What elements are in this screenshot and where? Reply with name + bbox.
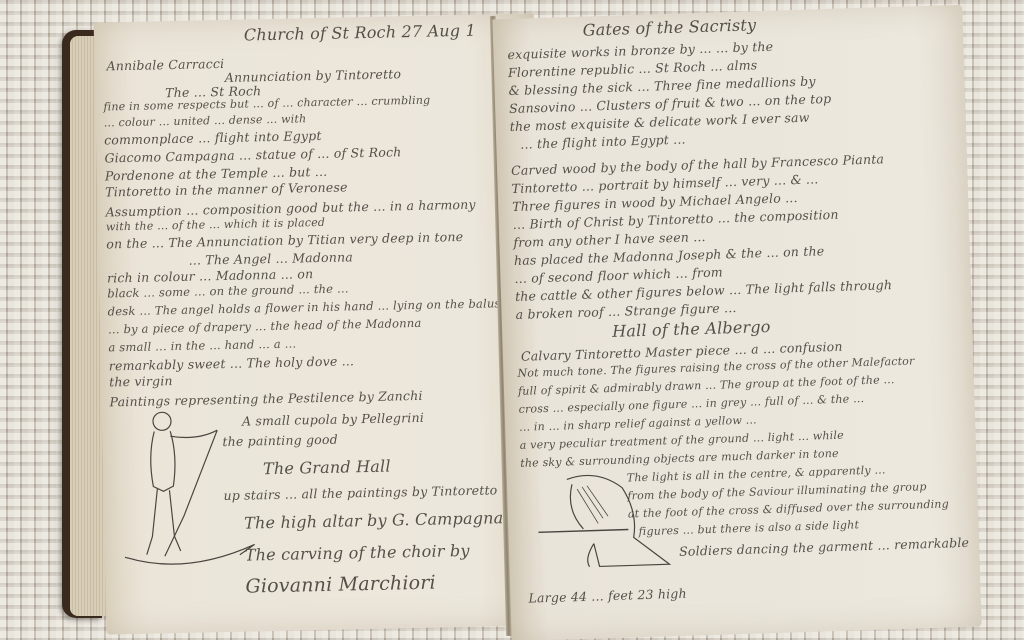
handwritten-line: Giovanni Marchiori	[245, 572, 436, 598]
gondolier-sketch	[122, 404, 276, 577]
handwritten-line: a small ... in the ... hand ... a ...	[108, 337, 296, 355]
handwritten-line: ... the flight into Egypt ...	[520, 132, 686, 152]
left-page: Church of St Roch 27 Aug 1 Annibale Carr…	[94, 13, 547, 634]
handwritten-line: the virgin	[109, 373, 173, 389]
handwritten-line: Carved wood by the body of the hall by F…	[511, 151, 884, 178]
handwritten-line: Annunciation by Tintoretto	[225, 66, 402, 85]
handwritten-line: Hall of the Albergo	[612, 317, 771, 341]
handwritten-line: from any other I have seen ...	[513, 229, 706, 250]
handwritten-line: on the ... The Annunciation by Titian ve…	[106, 229, 463, 251]
handwritten-line: remarkably sweet ... The holy dove ...	[109, 353, 355, 373]
handwritten-line: ... in ... in sharp relief against a yel…	[519, 413, 757, 433]
handwritten-line: fine in some respects but ... of ... cha…	[103, 94, 430, 114]
handwritten-line: The Grand Hall	[263, 457, 391, 479]
right-page: Gates of the Sacristy exquisite works in…	[492, 5, 981, 640]
handwritten-line: The high altar by G. Campagna	[244, 508, 504, 532]
handwritten-line: The carving of the choir by	[245, 541, 470, 565]
kneeling-figure-sketch	[537, 466, 680, 580]
handwritten-line: commonplace ... flight into Egypt	[104, 128, 322, 148]
left-page-heading: Church of St Roch 27 Aug 1	[244, 21, 476, 45]
handwritten-line: Soldiers dancing the garment ... remarka…	[679, 535, 969, 559]
handwritten-line: Large 44 ... feet 23 high	[528, 586, 687, 606]
handwritten-line: Giacomo Campagna ... statue of ... of St…	[104, 144, 401, 165]
right-page-heading: Gates of the Sacristy	[582, 15, 756, 39]
handwritten-line: Annibale Carracci	[106, 56, 224, 73]
handwritten-line: ... The Angel ... Madonna	[188, 249, 353, 267]
handwritten-line: ... by a piece of drapery ... the head o…	[108, 316, 422, 337]
handwritten-line: ... colour ... united ... dense ... with	[104, 112, 307, 129]
notebook: Church of St Roch 27 Aug 1 Annibale Carr…	[40, 8, 940, 633]
